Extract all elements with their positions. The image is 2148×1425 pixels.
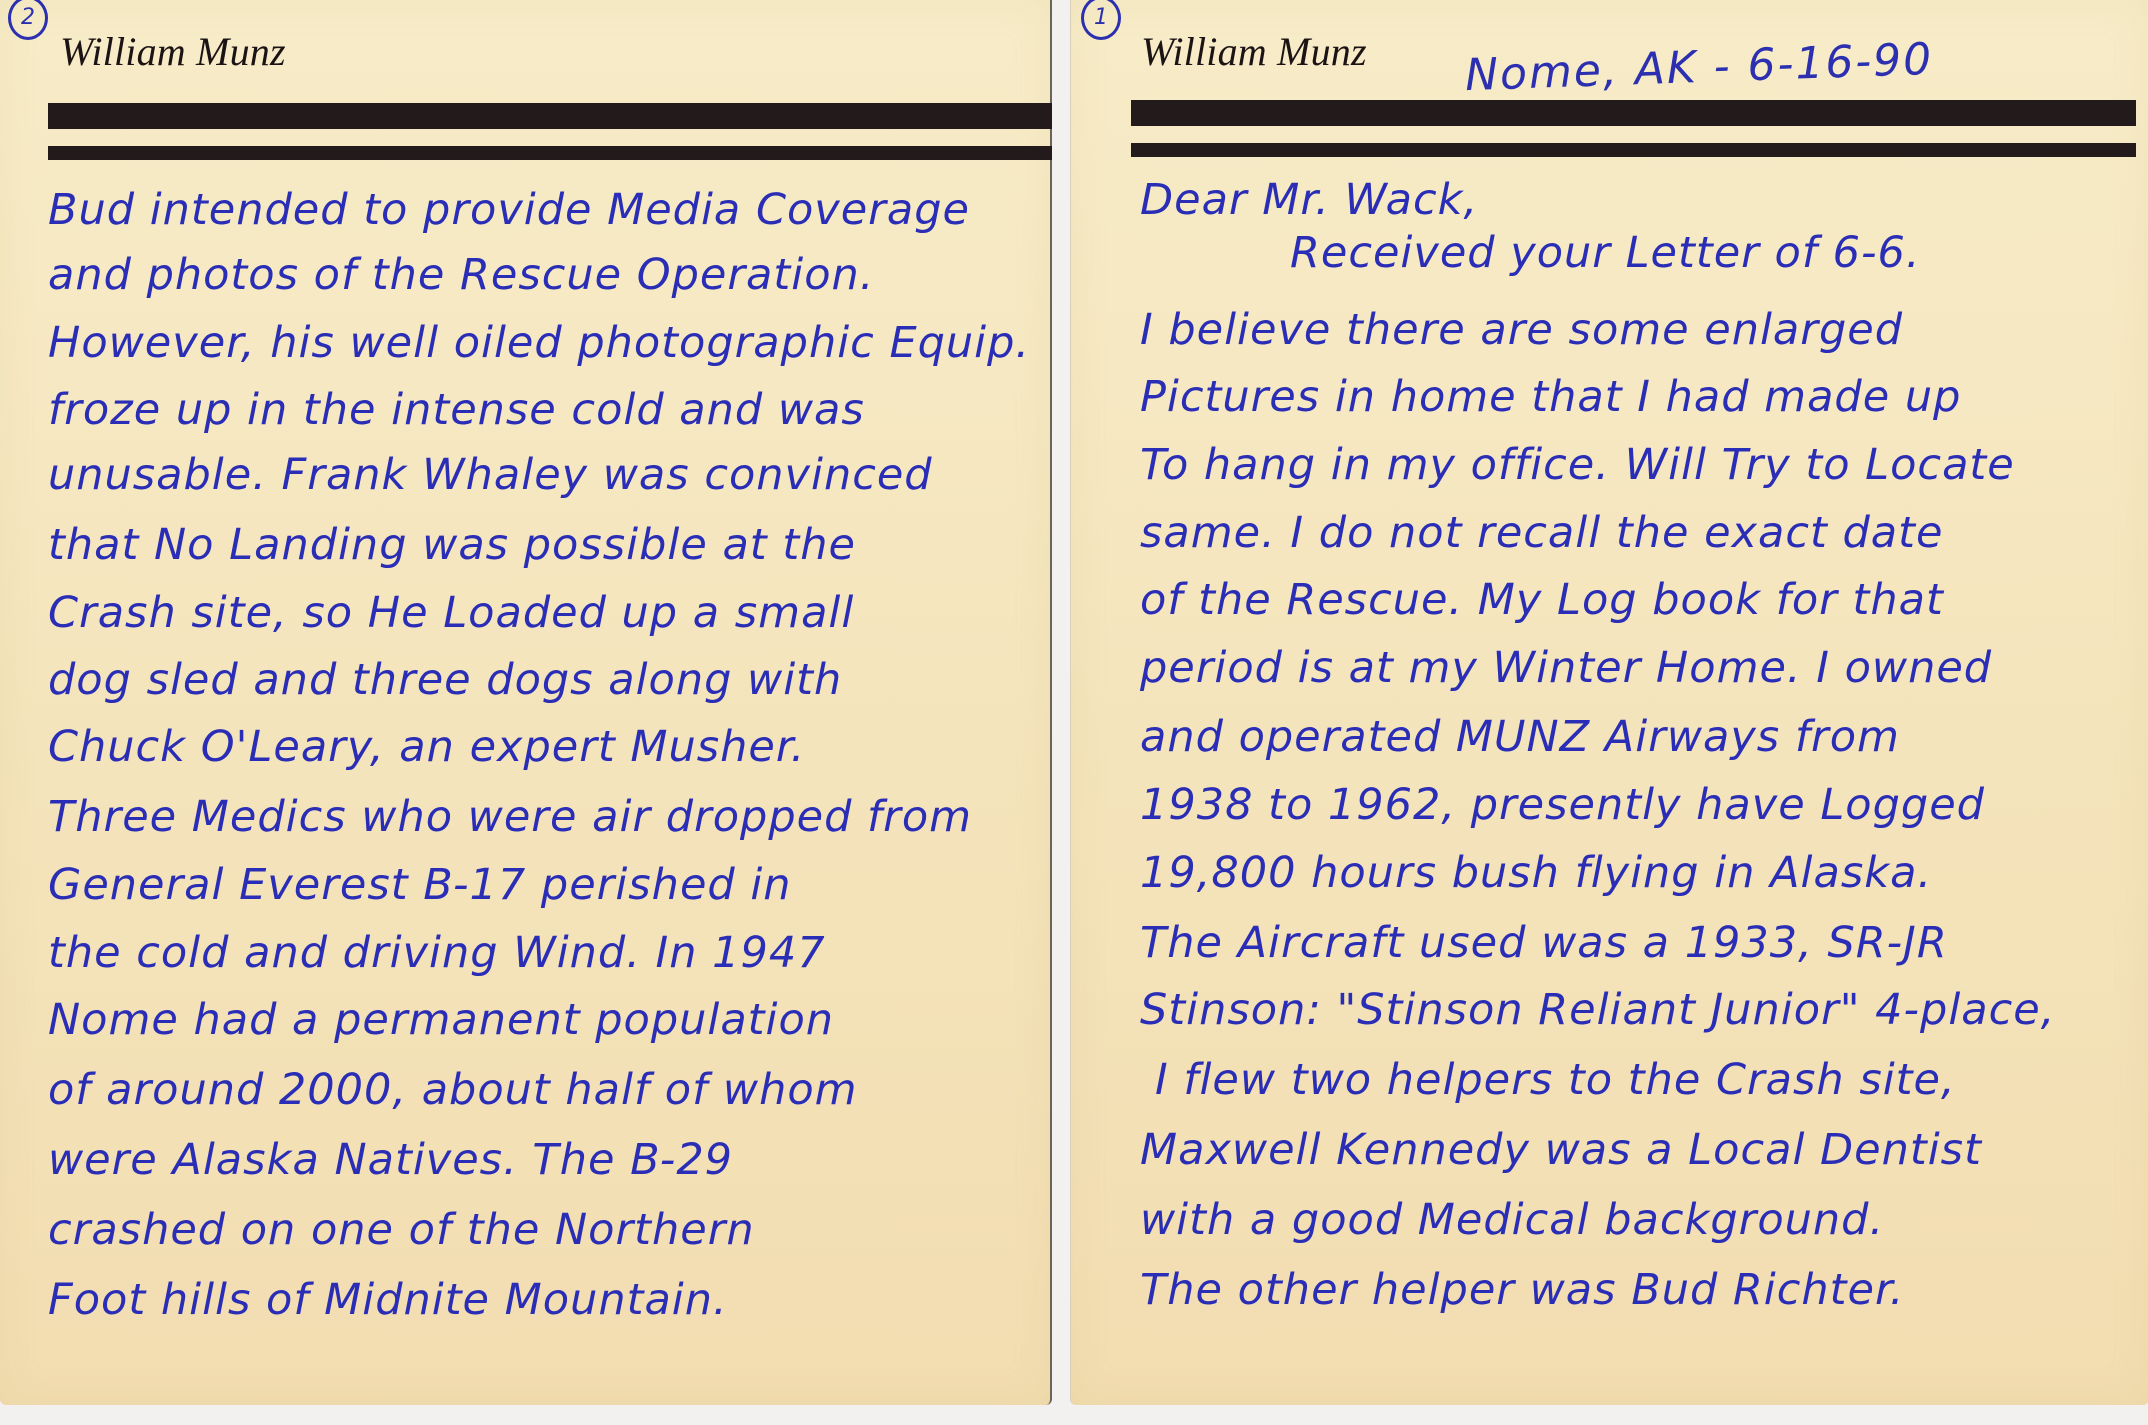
body-line: dog sled and three dogs along with — [48, 655, 842, 705]
body-line: I believe there are some enlarged — [1140, 305, 1903, 355]
body-line: the cold and driving Wind. In 1947 — [48, 928, 826, 978]
page-number-mark: 1 — [1081, 0, 1121, 40]
letterhead-rule-thick — [48, 103, 1052, 129]
letterhead-name: William Munz — [60, 28, 286, 75]
body-line: with a good Medical background. — [1140, 1195, 1884, 1245]
body-line: Maxwell Kennedy was a Local Dentist — [1140, 1125, 1982, 1175]
letterhead-rule-thin — [1131, 143, 2136, 157]
body-line: Received your Letter of 6-6. — [1290, 228, 1921, 278]
body-line: period is at my Winter Home. I owned — [1140, 643, 1992, 693]
body-line: General Everest B-17 perished in — [48, 860, 792, 910]
body-line: However, his well oiled photographic Equ… — [48, 318, 1030, 368]
letterhead-name: William Munz — [1141, 28, 1367, 75]
body-line: froze up in the intense cold and was — [48, 385, 865, 435]
body-line: of around 2000, about half of whom — [48, 1065, 858, 1115]
body-line: Bud intended to provide Media Coverage — [48, 185, 1048, 235]
body-line: Foot hills of Midnite Mountain. — [48, 1275, 728, 1325]
letterhead-rule-thin — [48, 146, 1052, 160]
letter-page-left: 2 William Munz Bud intended to provide M… — [0, 0, 1052, 1405]
body-line: 1938 to 1962, presently have Logged — [1140, 780, 1985, 830]
body-line: same. I do not recall the exact date — [1140, 508, 1943, 558]
body-line: Three Medics who were air dropped from — [48, 792, 972, 842]
body-line: I flew two helpers to the Crash site, — [1155, 1055, 1956, 1105]
page-number-mark: 2 — [8, 0, 48, 40]
body-line: Nome had a permanent population — [48, 995, 834, 1045]
body-line: Chuck O'Leary, an expert Musher. — [48, 722, 805, 772]
body-line: The other helper was Bud Richter. — [1140, 1265, 1904, 1315]
body-line: and operated MUNZ Airways from — [1140, 712, 1900, 762]
body-line: that No Landing was possible at the — [48, 520, 856, 570]
body-line: of the Rescue. My Log book for that — [1140, 575, 1944, 625]
body-line: Pictures in home that I had made up — [1140, 372, 1961, 422]
body-line: The Aircraft used was a 1933, SR-JR — [1140, 918, 1948, 968]
body-line: Crash site, so He Loaded up a small — [48, 588, 854, 638]
body-line: 19,800 hours bush flying in Alaska. — [1140, 848, 1932, 898]
body-line: and photos of the Rescue Operation. — [48, 250, 874, 300]
body-line: To hang in my office. Will Try to Locate — [1140, 440, 2015, 490]
body-line: crashed on one of the Northern — [48, 1205, 755, 1255]
body-line: were Alaska Natives. The B-29 — [48, 1135, 733, 1185]
letterhead-rule-thick — [1131, 100, 2136, 126]
salutation: Dear Mr. Wack, — [1140, 175, 1478, 225]
body-line: Stinson: "Stinson Reliant Junior" 4-plac… — [1140, 985, 2055, 1035]
body-line: unusable. Frank Whaley was convinced — [48, 450, 933, 500]
